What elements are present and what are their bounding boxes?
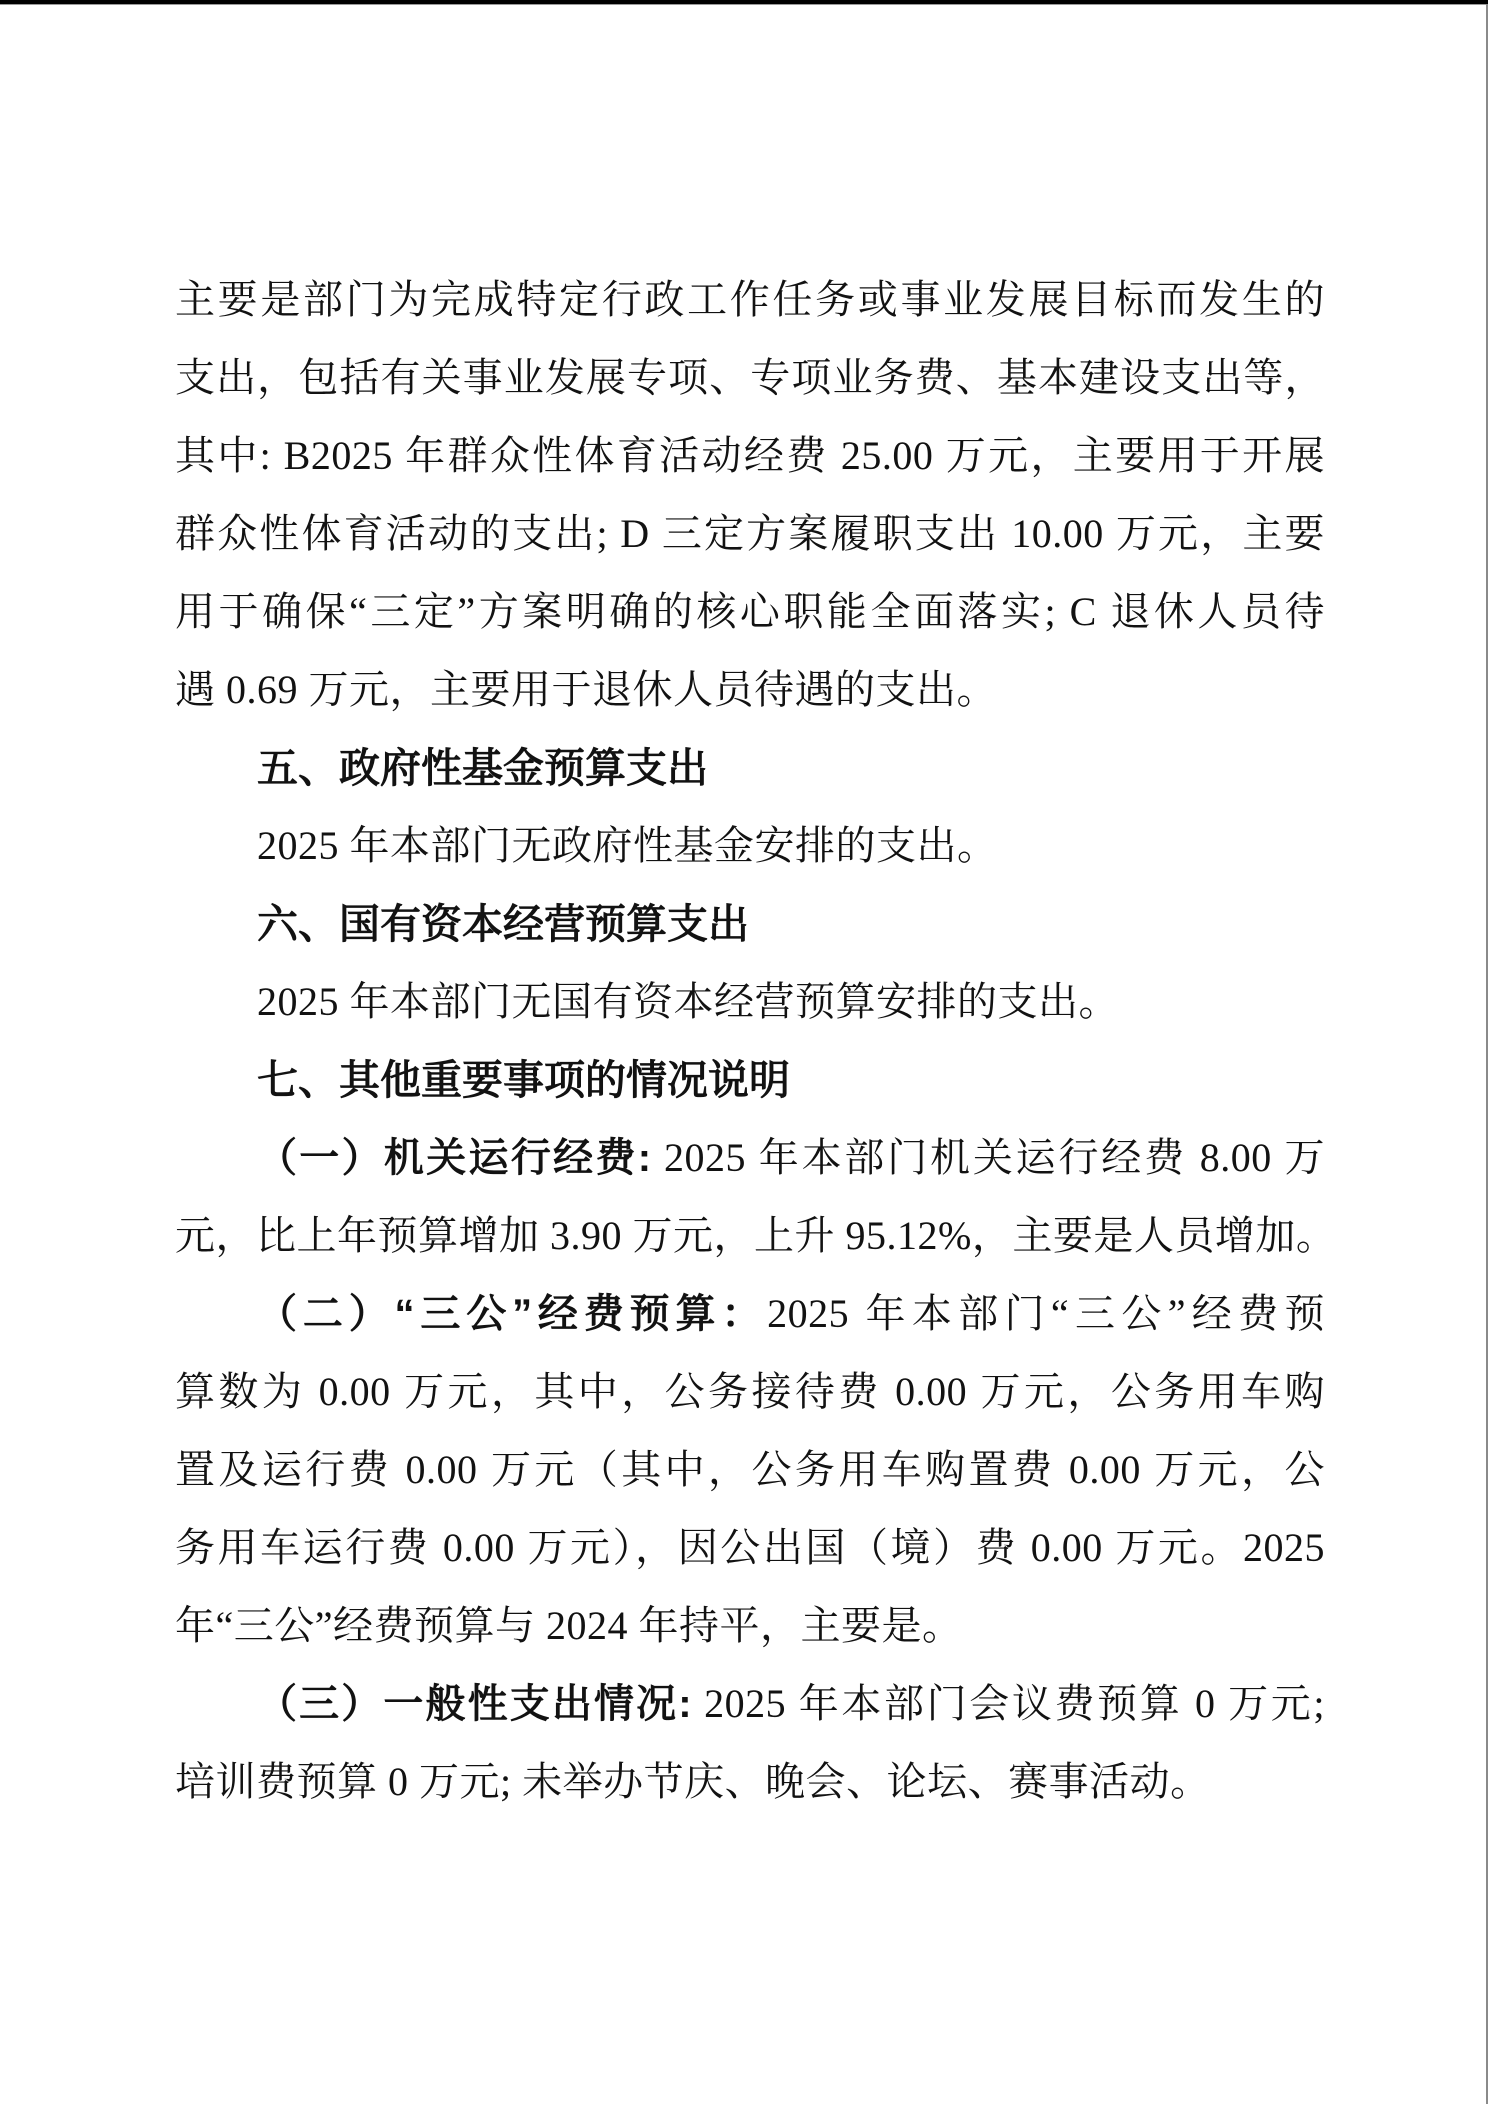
paragraph: （三）一般性支出情况: 2025 年本部门会议费预算 0 万元;培训费预算 0 … bbox=[175, 1665, 1325, 1821]
text-segment: 主要是部门为完成特定行政工作任务或事业发展目标而发生的 bbox=[175, 277, 1325, 322]
text-segment: 算数为 0.00 万元，其中，公务接待费 0.00 万元，公务用车购 bbox=[175, 1369, 1325, 1414]
bold-text-segment: （二）“三公”经费预算： bbox=[257, 1292, 767, 1336]
text-segment: 2025 年本部门机关运行经费 8.00 万 bbox=[651, 1135, 1325, 1180]
bold-text-segment: 七、其他重要事项的情况说明 bbox=[257, 1057, 790, 1103]
text-segment: 培训费预算 0 万元; 未举办节庆、晚会、论坛、赛事活动。 bbox=[175, 1759, 1211, 1804]
text-line: 用于确保“三定”方案明确的核心职能全面落实; C 退休人员待 bbox=[175, 573, 1325, 651]
text-line: 主要是部门为完成特定行政工作任务或事业发展目标而发生的 bbox=[175, 261, 1325, 339]
text-line: 元，比上年预算增加 3.90 万元，上升 95.12%，主要是人员增加。 bbox=[175, 1197, 1325, 1275]
bold-text-segment: （三）一般性支出情况: bbox=[257, 1682, 692, 1726]
text-line: （一）机关运行经费: 2025 年本部门机关运行经费 8.00 万 bbox=[175, 1119, 1325, 1197]
text-segment: 置及运行费 0.00 万元（其中，公务用车购置费 0.00 万元，公 bbox=[175, 1447, 1325, 1492]
paragraph: 主要是部门为完成特定行政工作任务或事业发展目标而发生的支出，包括有关事业发展专项… bbox=[175, 261, 1325, 729]
text-line: 置及运行费 0.00 万元（其中，公务用车购置费 0.00 万元，公 bbox=[175, 1431, 1325, 1509]
text-segment: 支出，包括有关事业发展专项、专项业务费、基本建设支出等， bbox=[175, 355, 1325, 400]
bold-text-segment: 六、国有资本经营预算支出 bbox=[257, 901, 749, 947]
text-segment: 用于确保“三定”方案明确的核心职能全面落实; C 退休人员待 bbox=[175, 589, 1325, 634]
text-segment: 务用车运行费 0.00 万元），因公出国（境）费 0.00 万元。2025 bbox=[175, 1525, 1325, 1570]
paragraph: （一）机关运行经费: 2025 年本部门机关运行经费 8.00 万元，比上年预算… bbox=[175, 1119, 1325, 1275]
text-segment: 遇 0.69 万元，主要用于退休人员待遇的支出。 bbox=[175, 667, 997, 712]
text-line: 算数为 0.00 万元，其中，公务接待费 0.00 万元，公务用车购 bbox=[175, 1353, 1325, 1431]
document-content: 主要是部门为完成特定行政工作任务或事业发展目标而发生的支出，包括有关事业发展专项… bbox=[175, 261, 1325, 1821]
section-heading: 五、政府性基金预算支出 bbox=[175, 729, 1325, 807]
text-segment: 年“三公”经费预算与 2024 年持平，主要是。 bbox=[175, 1603, 963, 1648]
text-line: 培训费预算 0 万元; 未举办节庆、晚会、论坛、赛事活动。 bbox=[175, 1743, 1325, 1821]
text-segment: 2025 年本部门无政府性基金安排的支出。 bbox=[257, 823, 998, 868]
text-line: 2025 年本部门无国有资本经营预算安排的支出。 bbox=[175, 963, 1325, 1041]
text-line: 遇 0.69 万元，主要用于退休人员待遇的支出。 bbox=[175, 651, 1325, 729]
bold-text-segment: （一）机关运行经费: bbox=[257, 1136, 651, 1180]
text-line: 群众性体育活动的支出; D 三定方案履职支出 10.00 万元，主要 bbox=[175, 495, 1325, 573]
text-segment: 其中: B2025 年群众性体育活动经费 25.00 万元，主要用于开展 bbox=[175, 433, 1325, 478]
text-line: 七、其他重要事项的情况说明 bbox=[175, 1041, 1325, 1119]
text-line: 支出，包括有关事业发展专项、专项业务费、基本建设支出等， bbox=[175, 339, 1325, 417]
paragraph: （二）“三公”经费预算：2025 年本部门“三公”经费预算数为 0.00 万元，… bbox=[175, 1275, 1325, 1665]
text-segment: 2025 年本部门会议费预算 0 万元; bbox=[692, 1681, 1325, 1726]
text-segment: 2025 年本部门无国有资本经营预算安排的支出。 bbox=[257, 979, 1119, 1024]
paragraph: 2025 年本部门无国有资本经营预算安排的支出。 bbox=[175, 963, 1325, 1041]
paragraph: 2025 年本部门无政府性基金安排的支出。 bbox=[175, 807, 1325, 885]
text-line: 2025 年本部门无政府性基金安排的支出。 bbox=[175, 807, 1325, 885]
text-segment: 元，比上年预算增加 3.90 万元，上升 95.12%，主要是人员增加。 bbox=[175, 1213, 1336, 1258]
document-page: 主要是部门为完成特定行政工作任务或事业发展目标而发生的支出，包括有关事业发展专项… bbox=[0, 0, 1488, 2104]
text-segment: 群众性体育活动的支出; D 三定方案履职支出 10.00 万元，主要 bbox=[175, 511, 1325, 556]
text-line: 其中: B2025 年群众性体育活动经费 25.00 万元，主要用于开展 bbox=[175, 417, 1325, 495]
section-heading: 六、国有资本经营预算支出 bbox=[175, 885, 1325, 963]
section-heading: 七、其他重要事项的情况说明 bbox=[175, 1041, 1325, 1119]
text-line: 六、国有资本经营预算支出 bbox=[175, 885, 1325, 963]
text-line: 年“三公”经费预算与 2024 年持平，主要是。 bbox=[175, 1587, 1325, 1665]
text-line: （三）一般性支出情况: 2025 年本部门会议费预算 0 万元; bbox=[175, 1665, 1325, 1743]
text-line: 务用车运行费 0.00 万元），因公出国（境）费 0.00 万元。2025 bbox=[175, 1509, 1325, 1587]
window-top-border bbox=[0, 0, 1488, 5]
text-line: 五、政府性基金预算支出 bbox=[175, 729, 1325, 807]
bold-text-segment: 五、政府性基金预算支出 bbox=[257, 745, 708, 791]
text-segment: 2025 年本部门“三公”经费预 bbox=[767, 1291, 1325, 1336]
text-line: （二）“三公”经费预算：2025 年本部门“三公”经费预 bbox=[175, 1275, 1325, 1353]
